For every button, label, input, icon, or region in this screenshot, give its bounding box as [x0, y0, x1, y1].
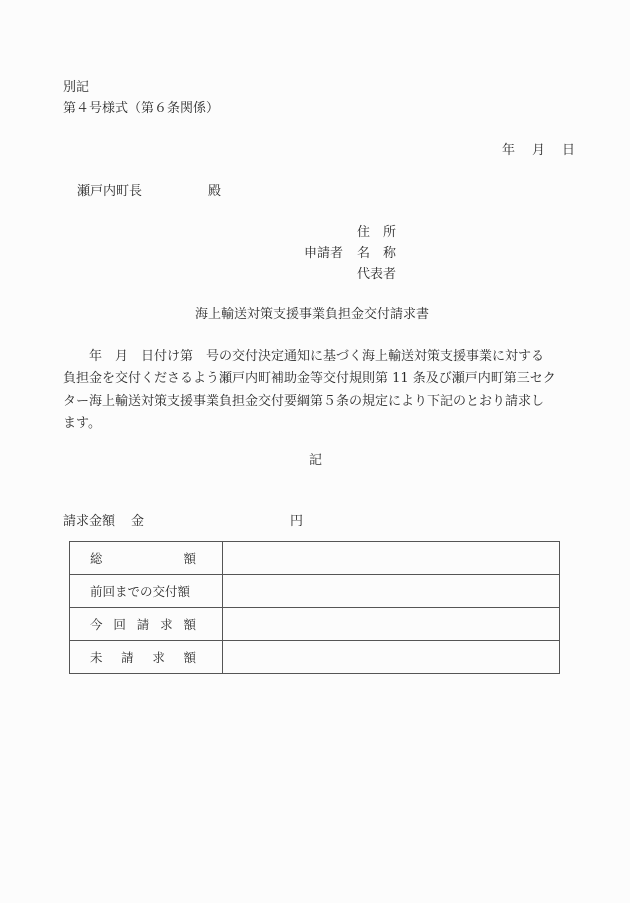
claim-kin: 金 — [131, 514, 144, 530]
label-char: 今 — [90, 615, 103, 633]
label-char: 総 — [90, 549, 103, 567]
label-char: 求 — [152, 648, 165, 666]
table-row: 今 回 請 求 額 — [70, 608, 560, 641]
applicant-label: 申請者 — [304, 246, 343, 262]
addressee-honorific: 殿 — [208, 184, 221, 200]
body-line: 負担金を交付くださるよう瀬戸内町補助金等交付規則第 11 条及び瀬戸内町第三セク — [63, 368, 575, 390]
date-year: 年 — [502, 143, 515, 158]
body-line: ター海上輸送対策支援事業負担金交付要綱第５条の規定により下記のとおり請求し — [63, 391, 575, 413]
amount-table: 総 額 前回までの交付額 今 回 請 求 額 未 — [69, 541, 560, 674]
table-row: 総 額 — [70, 542, 560, 575]
row-value-previous[interactable] — [223, 575, 560, 608]
row-value-unclaimed[interactable] — [223, 641, 560, 674]
body-line: ます。 — [63, 413, 575, 435]
date-day: 日 — [562, 143, 575, 158]
row-label-total: 総 額 — [70, 542, 223, 575]
applicant-address-label: 住 所 — [357, 225, 396, 241]
ki-heading: 記 — [309, 453, 322, 469]
applicant-representative-label: 代表者 — [357, 267, 396, 283]
date-line: 年月日 — [502, 143, 575, 159]
claim-yen: 円 — [290, 514, 303, 530]
label-char: 求 — [160, 615, 173, 633]
label-char: 未 — [90, 648, 103, 666]
body-paragraph: 年 月 日付け第 号の交付決定通知に基づく海上輸送対策支援事業に対する 負担金を… — [63, 346, 575, 435]
label-char: 請 — [137, 615, 150, 633]
label-char: 回 — [113, 615, 126, 633]
row-label-current: 今 回 請 求 額 — [70, 608, 223, 641]
claim-amount-label: 請求金額 — [63, 514, 115, 530]
addressee-name: 瀬戸内町長 — [77, 184, 142, 200]
annex-label: 別記 — [63, 80, 89, 96]
row-value-current[interactable] — [223, 608, 560, 641]
row-value-total[interactable] — [223, 542, 560, 575]
label-char: 額 — [183, 549, 196, 567]
row-label-unclaimed: 未 請 求 額 — [70, 641, 223, 674]
document-title: 海上輸送対策支援事業負担金交付請求書 — [195, 307, 429, 323]
body-line: 年 月 日付け第 号の交付決定通知に基づく海上輸送対策支援事業に対する — [63, 346, 575, 368]
label-char: 請 — [121, 648, 134, 666]
table-row: 前回までの交付額 — [70, 575, 560, 608]
label-char: 額 — [183, 648, 196, 666]
label-char: 額 — [183, 615, 196, 633]
form-number: 第４号様式（第６条関係） — [63, 101, 219, 117]
date-month: 月 — [532, 143, 545, 158]
applicant-name-label: 名 称 — [357, 246, 396, 262]
table-row: 未 請 求 額 — [70, 641, 560, 674]
label-char: 前回までの交付額 — [90, 582, 190, 600]
row-label-previous: 前回までの交付額 — [70, 575, 223, 608]
